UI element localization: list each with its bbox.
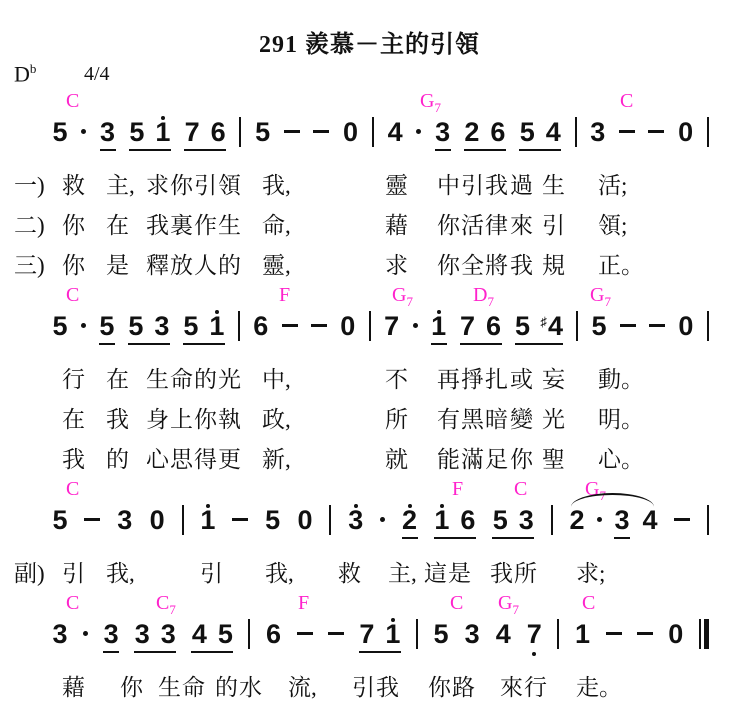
beam-group: 53	[492, 503, 534, 539]
lyric-text: 心	[146, 441, 169, 474]
lyric-text: 新,	[262, 441, 291, 474]
lyric-text: 活;	[598, 167, 627, 200]
lyric-text: 在	[106, 207, 129, 240]
note: 2	[569, 503, 585, 537]
key-signature: Db	[14, 61, 36, 87]
barline	[369, 311, 371, 341]
lyric-text: 引	[352, 669, 375, 702]
note: 5	[433, 617, 449, 651]
octave-dot-high	[408, 504, 412, 508]
octave-dot-high	[206, 504, 210, 508]
note: 2	[402, 503, 418, 537]
final-barline-thick	[704, 619, 709, 649]
lyric-text: 你	[194, 401, 217, 434]
lyric-text: 或	[510, 361, 533, 394]
notation-row: 5553516071765♯450	[0, 309, 739, 351]
duration-dash	[606, 632, 622, 635]
lyric-text: 藉	[385, 207, 408, 240]
sharp-icon: ♯	[541, 314, 548, 329]
chord-symbol: F	[452, 478, 463, 501]
lyric-text: 聖	[542, 441, 565, 474]
page-title: 291 羨慕－主的引領	[0, 0, 739, 59]
lyric-text: 上	[170, 401, 193, 434]
beam-group: 26	[464, 115, 506, 151]
chord-extension: 7	[434, 100, 441, 115]
note: 5	[515, 309, 531, 343]
note: 5	[591, 309, 607, 343]
lyrics-block: 藉你生命的水流,引我你路來行走。	[0, 665, 739, 705]
note: 6	[490, 115, 506, 149]
system-2: CFG7D7G75553516071765♯450行在生命的光中,不再掙扎或妄動…	[0, 283, 739, 477]
beam-group: 3	[103, 617, 119, 653]
chord-symbol: C	[66, 592, 79, 615]
lyric-text: 變	[510, 401, 533, 434]
lyric-text: 動。	[598, 361, 644, 394]
lyric-text: 生	[158, 669, 181, 702]
chord-symbol: F	[298, 592, 309, 615]
chord-extension: 7	[406, 294, 413, 309]
lyric-text: 我	[485, 167, 508, 200]
note: 1	[200, 503, 216, 537]
final-barline-thin	[699, 619, 701, 649]
note: 4	[387, 115, 403, 149]
lyric-text: 暗	[485, 401, 508, 434]
lyric-text: 足	[485, 441, 508, 474]
note: 3	[134, 617, 150, 651]
note: 5	[129, 115, 145, 149]
system-1: CG7C5351765043265430一)救主,求你引領我,靈中引我過生活;二…	[0, 89, 739, 283]
lyric-text: 水	[239, 669, 262, 702]
beam-group: 51	[183, 309, 225, 345]
lyric-text: 你	[62, 247, 85, 280]
duration-dash	[313, 130, 329, 133]
chord-symbol: C	[66, 284, 79, 307]
lyric-text: 更	[218, 441, 241, 474]
barline	[551, 505, 553, 535]
note: 0	[343, 115, 359, 149]
slur-group: 234	[569, 503, 658, 539]
lyric-text: 副)	[14, 555, 45, 588]
lyric-row: 副)引我,引我,救主,這是我所求;	[0, 551, 739, 591]
lyric-text: 滿	[461, 441, 484, 474]
system-4: CC7FCG7C333345671534710藉你生命的水流,引我你路來行走。	[0, 591, 739, 705]
note: 3	[435, 115, 451, 149]
lyrics-block: 副)引我,引我,救主,這是我所求;	[0, 551, 739, 591]
note: 1	[431, 309, 447, 343]
chord-symbol: F	[279, 284, 290, 307]
beam-group: 1	[431, 309, 447, 345]
chord-symbol: C	[582, 592, 595, 615]
lyric-text: 是	[448, 555, 471, 588]
note: 5	[128, 309, 144, 343]
note: 4	[191, 617, 207, 651]
lyric-text: 領;	[598, 207, 627, 240]
chord-extension: 7	[487, 294, 494, 309]
lyric-text: 求	[146, 167, 169, 200]
chord-symbol: G7	[392, 284, 413, 310]
duration-dot	[597, 517, 602, 522]
lyric-text: 就	[385, 441, 408, 474]
lyric-text: 這	[424, 555, 447, 588]
note: 5	[519, 115, 535, 149]
barline	[372, 117, 374, 147]
lyric-text: 過	[510, 167, 533, 200]
score: CG7C5351765043265430一)救主,求你引領我,靈中引我過生活;二…	[0, 89, 739, 705]
chord-row: CFG7D7G7	[0, 283, 739, 309]
lyric-text: 主,	[388, 555, 417, 588]
lyric-text: 生	[218, 207, 241, 240]
note: 6	[266, 617, 282, 651]
lyric-text: 中	[437, 167, 460, 200]
beam-group: 3	[614, 503, 630, 539]
note: ♯4	[541, 309, 564, 343]
barline	[707, 311, 709, 341]
lyric-text: 在	[106, 361, 129, 394]
beam-group: 5♯4	[515, 309, 564, 345]
lyric-text: 走。	[576, 669, 622, 702]
note: 5	[217, 617, 233, 651]
beam-group: 3	[435, 115, 451, 151]
lyric-text: 救	[62, 167, 85, 200]
lyric-text: 藉	[62, 669, 85, 702]
beam-group: 76	[184, 115, 226, 151]
duration-dash	[297, 632, 313, 635]
lyric-text: 命	[182, 669, 205, 702]
duration-dash	[232, 518, 248, 521]
lyrics-block: 行在生命的光中,不再掙扎或妄動。在我身上你執政,所有黑暗變光明。我的心思得更新,…	[0, 357, 739, 477]
note: 5	[52, 115, 68, 149]
note: 5	[265, 503, 281, 537]
note: 7	[359, 617, 375, 651]
duration-dash	[620, 324, 636, 327]
barline	[557, 619, 559, 649]
duration-dot	[81, 323, 86, 328]
chord-row: CC7FCG7C	[0, 591, 739, 617]
lyric-text: 你	[437, 207, 460, 240]
lyric-text: 我,	[265, 555, 294, 588]
note: 3	[590, 115, 606, 149]
lyric-text: 全	[461, 247, 484, 280]
lyric-text: 來	[510, 207, 533, 240]
octave-dot-low	[532, 652, 536, 656]
lyric-text: 我	[376, 669, 399, 702]
lyric-text: 光	[218, 361, 241, 394]
beam-group: 76	[460, 309, 502, 345]
lyric-text: 一)	[14, 167, 45, 200]
barline	[576, 311, 578, 341]
lyric-text: 不	[385, 361, 408, 394]
lyric-text: 你	[437, 247, 460, 280]
note: 3	[52, 617, 68, 651]
chord-extension: 7	[169, 602, 176, 617]
key-root: D	[14, 61, 30, 86]
chord-extension: 7	[512, 602, 519, 617]
note: 0	[678, 115, 694, 149]
lyric-text: 正。	[598, 247, 644, 280]
note: 1	[385, 617, 401, 651]
lyric-text: 引	[542, 207, 565, 240]
note: 2	[464, 115, 480, 149]
notation-row: 530150321653234	[0, 503, 739, 545]
lyric-text: 將	[485, 247, 508, 280]
octave-dot-high	[354, 504, 358, 508]
lyric-text: 的	[194, 361, 217, 394]
lyric-text: 我,	[106, 555, 135, 588]
system-3: CFCG7530150321653234副)引我,引我,救主,這是我所求;	[0, 477, 739, 591]
note: 7	[526, 617, 542, 651]
chord-symbol: D7	[473, 284, 494, 310]
duration-dot	[83, 631, 88, 636]
beam-group: 53	[128, 309, 170, 345]
duration-dash	[637, 632, 653, 635]
lyric-text: 是	[106, 247, 129, 280]
beam-group: 54	[519, 115, 561, 151]
lyric-text: 身	[146, 401, 169, 434]
lyric-text: 生	[146, 361, 169, 394]
final-barline	[699, 619, 709, 649]
duration-dash	[282, 324, 298, 327]
lyric-text: 釋	[146, 247, 169, 280]
lyric-text: 救	[338, 555, 361, 588]
chord-symbol: G7	[420, 90, 441, 116]
note: 1	[434, 503, 450, 537]
lyric-text: 所	[514, 555, 537, 588]
lyric-text: 政,	[262, 401, 291, 434]
barline	[575, 117, 577, 147]
barline	[707, 505, 709, 535]
octave-dot-high	[161, 116, 165, 120]
barline	[238, 311, 240, 341]
lyric-text: 你	[170, 167, 193, 200]
lyrics-block: 一)救主,求你引領我,靈中引我過生活;二)你在我裏作生命,藉你活律來引領;三)你…	[0, 163, 739, 283]
chord-symbol: C	[66, 90, 79, 113]
beam-group: 2	[402, 503, 418, 539]
lyric-text: 生	[542, 167, 565, 200]
note: 0	[678, 309, 694, 343]
lyric-row: 一)救主,求你引領我,靈中引我過生活;	[0, 163, 739, 203]
lyric-text: 裏	[170, 207, 193, 240]
duration-dash	[284, 130, 300, 133]
duration-dot	[380, 517, 385, 522]
beam-group: 51	[129, 115, 171, 151]
lyric-text: 我	[62, 441, 85, 474]
notation-row: 5351765043265430	[0, 115, 739, 157]
lyric-text: 心。	[598, 441, 644, 474]
note: 5	[183, 309, 199, 343]
note: 0	[297, 503, 313, 537]
lyric-row: 在我身上你執政,所有黑暗變光明。	[0, 397, 739, 437]
chord-symbol: G7	[590, 284, 611, 310]
lyric-text: 求;	[576, 555, 605, 588]
lyric-text: 我	[490, 555, 513, 588]
note: 3	[464, 617, 480, 651]
lyric-text: 作	[194, 207, 217, 240]
lyric-text: 你	[510, 441, 533, 474]
note: 3	[100, 115, 116, 149]
lyric-text: 活	[461, 207, 484, 240]
note: 3	[154, 309, 170, 343]
note: 6	[253, 309, 269, 343]
chord-extension: 7	[604, 294, 611, 309]
lyric-text: 掙	[461, 361, 484, 394]
lyric-text: 能	[437, 441, 460, 474]
barline	[707, 117, 709, 147]
note: 3	[160, 617, 176, 651]
note: 0	[340, 309, 356, 343]
lyric-text: 我	[146, 207, 169, 240]
notation-row: 333345671534710	[0, 617, 739, 659]
lyric-text: 的	[215, 669, 238, 702]
lyric-text: 中,	[262, 361, 291, 394]
beam-group: 45	[191, 617, 233, 653]
note: 0	[149, 503, 165, 537]
duration-dash	[648, 130, 664, 133]
lyric-text: 規	[542, 247, 565, 280]
lyric-text: 我	[510, 247, 533, 280]
lyric-text: 命	[170, 361, 193, 394]
lyric-text: 引	[200, 555, 223, 588]
lyric-text: 在	[62, 401, 85, 434]
key-time-row: Db 4/4	[0, 63, 739, 89]
octave-dot-high	[391, 618, 395, 622]
lyric-text: 命,	[262, 207, 291, 240]
note: 6	[460, 503, 476, 537]
lyric-text: 引	[461, 167, 484, 200]
lyric-text: 引	[62, 555, 85, 588]
lyric-text: 妄	[542, 361, 565, 394]
lyric-text: 律	[485, 207, 508, 240]
lyric-text: 你	[120, 669, 143, 702]
beam-group: 33	[134, 617, 176, 653]
lyric-text: 放	[170, 247, 193, 280]
lyric-text: 三)	[14, 247, 45, 280]
duration-dot	[413, 323, 418, 328]
duration-dash	[328, 632, 344, 635]
note: 6	[486, 309, 502, 343]
barline	[239, 117, 241, 147]
lyric-text: 光	[542, 401, 565, 434]
note: 3	[614, 503, 630, 537]
note: 5	[255, 115, 271, 149]
barline	[416, 619, 418, 649]
key-accidental: b	[30, 61, 37, 76]
chord-row: CG7C	[0, 89, 739, 115]
note: 7	[384, 309, 400, 343]
octave-dot-high	[440, 504, 444, 508]
barline	[248, 619, 250, 649]
note: 0	[668, 617, 684, 651]
lyric-text: 領	[218, 167, 241, 200]
note: 1	[575, 617, 591, 651]
duration-dash	[311, 324, 327, 327]
lyric-text: 行	[62, 361, 85, 394]
lyric-text: 主,	[106, 167, 135, 200]
barline	[182, 505, 184, 535]
lyric-row: 我的心思得更新,就能滿足你聖心。	[0, 437, 739, 477]
duration-dot	[416, 129, 421, 134]
duration-dash	[674, 518, 690, 521]
lyric-text: 明。	[598, 401, 644, 434]
lyric-text: 求	[385, 247, 408, 280]
lyric-text: 扎	[485, 361, 508, 394]
lyric-text: 二)	[14, 207, 45, 240]
note: 5	[52, 503, 68, 537]
chord-symbol: G7	[498, 592, 519, 618]
chord-symbol: C	[66, 478, 79, 501]
note: 3	[348, 503, 364, 537]
beam-group: 3	[100, 115, 116, 151]
lyric-text: 所	[385, 401, 408, 434]
note: 4	[495, 617, 511, 651]
octave-dot-high	[215, 310, 219, 314]
lyric-text: 來	[500, 669, 523, 702]
lyric-text: 你	[62, 207, 85, 240]
note: 6	[210, 115, 226, 149]
lyric-text: 流,	[288, 669, 317, 702]
chord-symbol: C	[620, 90, 633, 113]
lyric-text: 思	[170, 441, 193, 474]
duration-dash	[84, 518, 100, 521]
note: 3	[518, 503, 534, 537]
lyric-row: 行在生命的光中,不再掙扎或妄動。	[0, 357, 739, 397]
lyric-text: 引	[194, 167, 217, 200]
note: 4	[545, 115, 561, 149]
lyric-text: 路	[452, 669, 475, 702]
duration-dot	[81, 129, 86, 134]
note: 3	[103, 617, 119, 651]
beam-group: 16	[434, 503, 476, 539]
chord-symbol: C	[450, 592, 463, 615]
note: 3	[117, 503, 133, 537]
duration-dash	[619, 130, 635, 133]
lyric-text: 黑	[461, 401, 484, 434]
lyric-text: 執	[218, 401, 241, 434]
note: 7	[184, 115, 200, 149]
lyric-text: 我	[106, 401, 129, 434]
note: 5	[52, 309, 68, 343]
lyric-text: 行	[524, 669, 547, 702]
note: 1	[155, 115, 171, 149]
lyric-row: 三)你是釋放人的靈,求你全將我規正。	[0, 243, 739, 283]
beam-group: 71	[359, 617, 401, 653]
lyric-text: 你	[428, 669, 451, 702]
chord-symbol: C	[514, 478, 527, 501]
lyric-text: 靈,	[262, 247, 291, 280]
lyric-text: 得	[194, 441, 217, 474]
chord-symbol: C7	[156, 592, 176, 618]
lyric-text: 再	[437, 361, 460, 394]
note: 4	[642, 503, 658, 537]
beam-group: 5	[99, 309, 115, 345]
note: 1	[209, 309, 225, 343]
note: 5	[99, 309, 115, 343]
hymn-sheet: 291 羨慕－主的引領 Db 4/4 CG7C5351765043265430一…	[0, 0, 739, 711]
barline	[329, 505, 331, 535]
lyric-text: 的	[106, 441, 129, 474]
lyric-text: 我,	[262, 167, 291, 200]
octave-dot-high	[437, 310, 441, 314]
lyric-text: 有	[437, 401, 460, 434]
lyric-text: 的	[218, 247, 241, 280]
duration-dash	[649, 324, 665, 327]
note: 5	[492, 503, 508, 537]
lyric-row: 二)你在我裏作生命,藉你活律來引領;	[0, 203, 739, 243]
lyric-text: 靈	[385, 167, 408, 200]
lyric-text: 人	[194, 247, 217, 280]
lyric-row: 藉你生命的水流,引我你路來行走。	[0, 665, 739, 705]
time-signature: 4/4	[84, 63, 110, 86]
note: 7	[460, 309, 476, 343]
